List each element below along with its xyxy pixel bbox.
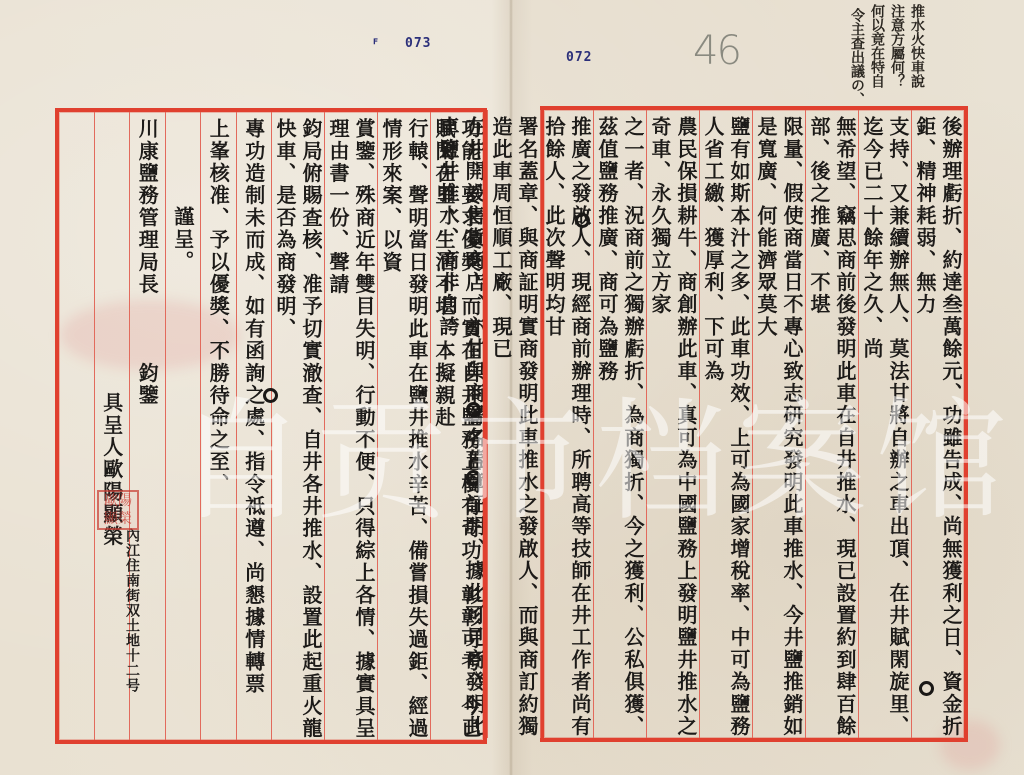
petitioner-address: 內江住南街双土地十二号 bbox=[119, 528, 145, 693]
text-column: 上峯核准、予以優獎、不勝待命之至、 bbox=[200, 112, 236, 740]
column-text: 支持、又兼續辦無人、莫法甘將自辦之車出頂、在井賦閑旋里、迄今已二十餘年之久、尚 bbox=[859, 116, 911, 738]
text-column: 專功造制未而成、如有函詢之處、指令祗遵、尚懇據情轉票 bbox=[236, 112, 272, 740]
text-column: 無希望、竊思商前後發明此車在自井推水、現已設置約到肆百餘部、後之推廣、不堪 bbox=[805, 110, 858, 738]
annotation-line: 注意方屬何？ bbox=[888, 4, 905, 88]
column-text: 無希望、竊思商前後發明此車在自井推水、現已設置約到肆百餘部、後之推廣、不堪 bbox=[806, 116, 858, 738]
column-text: 功能、要求優獎、而實在自井鹽務上樹有奇功、彰彰可考、今已賦閑在里、生活不堪、本擬… bbox=[431, 118, 483, 740]
addressee: 川康鹽務管理局長 鈞鑒 bbox=[134, 118, 160, 407]
column-text: 推廣之發啟人、現經商前辦理時、所聘高等技師在井工作者尚有拾餘人、此次聲明均甘 bbox=[541, 116, 593, 738]
text-column: 功能、要求優獎、而實在自井鹽務上樹有奇功、彰彰可考、今已賦閑在里、生活不堪、本擬… bbox=[430, 112, 483, 740]
text-column: 鹽有如斯本汁之多、此車功效、上可為國家增稅率、中可為鹽務人省工繳、獲厚利、下可為 bbox=[699, 110, 752, 738]
column-text: 農民保損耕牛、商創辦此車、真可為中國鹽務上發明鹽井推水之奇車、永久獨立方家 bbox=[647, 116, 699, 738]
column-text: 鹽有如斯本汁之多、此車功效、上可為國家增稅率、中可為鹽務人省工繳、獲厚利、下可為 bbox=[700, 116, 752, 738]
text-column: 鈞局俯賜查核、准予切實澈查、自井各井推水、設置此起重火龍快車、是否為商發明、 bbox=[271, 112, 324, 740]
text-column: 推廣之發啟人、現經商前辦理時、所聘高等技師在井工作者尚有拾餘人、此次聲明均甘 bbox=[540, 110, 593, 738]
annotation-line: 令主查出議の、 bbox=[848, 8, 865, 106]
column-text: 行轅、聲明當日發明此車在鹽井推水辛苦、備嘗損失過鉅、經過情形來案、以資 bbox=[378, 118, 430, 740]
text-column: 後辦理虧折、約達叁萬餘元、功雖告成、尚無獲利之日、資金折鉅、精神耗弱、無力 bbox=[911, 110, 964, 738]
text-column: 署名蓋章、與商証明實商發明此車推水之發啟人、而與商訂約獨造此車周恒順工廠、現已 bbox=[487, 110, 540, 738]
punctuation-circle-mark bbox=[919, 681, 934, 696]
text-column: 行轅、聲明當日發明此車在鹽井推水辛苦、備嘗損失過鉅、經過情形來案、以資 bbox=[377, 112, 430, 740]
punctuation-circle-mark bbox=[263, 388, 278, 403]
column-text: 之一者、況商前之獨辦虧折、為商獨折、今之獲利、公私俱獲、茲值鹽務推廣、商可為鹽務 bbox=[594, 116, 646, 738]
text-column: 之一者、況商前之獨辦虧折、為商獨折、今之獲利、公私俱獲、茲值鹽務推廣、商可為鹽務 bbox=[593, 110, 646, 738]
annotation-line: 何以竟在特自 bbox=[868, 4, 885, 88]
column-text: 上峯核准、予以優獎、不勝待命之至、 bbox=[205, 118, 231, 495]
column-text: 鈞局俯賜查核、准予切實澈查、自井各井推水、設置此起重火龍快車、是否為商發明、 bbox=[272, 118, 324, 740]
text-column: 賞鑒、殊商近年雙目失明、行動不便、只得綜上各情、據實具呈理由書一份、聲請 bbox=[324, 112, 377, 740]
closing-phrase: 謹呈。 bbox=[170, 206, 196, 273]
pencil-folio-number: 46 bbox=[693, 28, 740, 74]
text-column: 謹呈。 bbox=[165, 112, 201, 740]
column-text: 限量、假使商當日不專心致志研究發明此車推水、今井鹽推銷如是寬廣、何能濟眾莫大 bbox=[753, 116, 805, 738]
column-text: 賞鑒、殊商近年雙目失明、行動不便、只得綜上各情、據實具呈理由書一份、聲請 bbox=[325, 118, 377, 740]
punctuation-circle-mark bbox=[575, 213, 590, 228]
stamp-prefix-mark: ꜰ bbox=[373, 36, 379, 47]
text-column: 支持、又兼續辦無人、莫法甘將自辦之車出頂、在井賦閑旋里、迄今已二十餘年之久、尚 bbox=[858, 110, 911, 738]
annotation-line: 推水火快車說 bbox=[908, 4, 925, 88]
right-page-frame: 後辦理虧折、約達叁萬餘元、功雖告成、尚無獲利之日、資金折鉅、精神耗弱、無力 支持… bbox=[540, 106, 968, 742]
left-page-frame: 功能、要求優獎、而實在自井鹽務上樹有奇功、彰彰可考、今已賦閑在里、生活不堪、本擬… bbox=[55, 108, 487, 744]
text-column bbox=[59, 112, 94, 740]
red-name-seal: 歐陽顯榮 bbox=[97, 490, 139, 530]
punctuation-circle-mark bbox=[466, 470, 481, 485]
right-page-number-stamp: 072 bbox=[566, 50, 592, 65]
column-text: 專功造制未而成、如有函詢之處、指令祗遵、尚懇據情轉票 bbox=[241, 118, 267, 695]
left-page-number-stamp: 073 bbox=[405, 36, 431, 51]
punctuation-circle-mark bbox=[466, 402, 481, 417]
text-column: 限量、假使商當日不專心致志研究發明此車推水、今井鹽推銷如是寬廣、何能濟眾莫大 bbox=[752, 110, 805, 738]
column-text: 後辦理虧折、約達叁萬餘元、功雖告成、尚無獲利之日、資金折鉅、精神耗弱、無力 bbox=[912, 116, 964, 738]
text-column: 農民保損耕牛、商創辦此車、真可為中國鹽務上發明鹽井推水之奇車、永久獨立方家 bbox=[646, 110, 699, 738]
column-text: 署名蓋章、與商証明實商發明此車推水之發啟人、而與商訂約獨造此車周恒順工廠、現已 bbox=[488, 116, 540, 738]
